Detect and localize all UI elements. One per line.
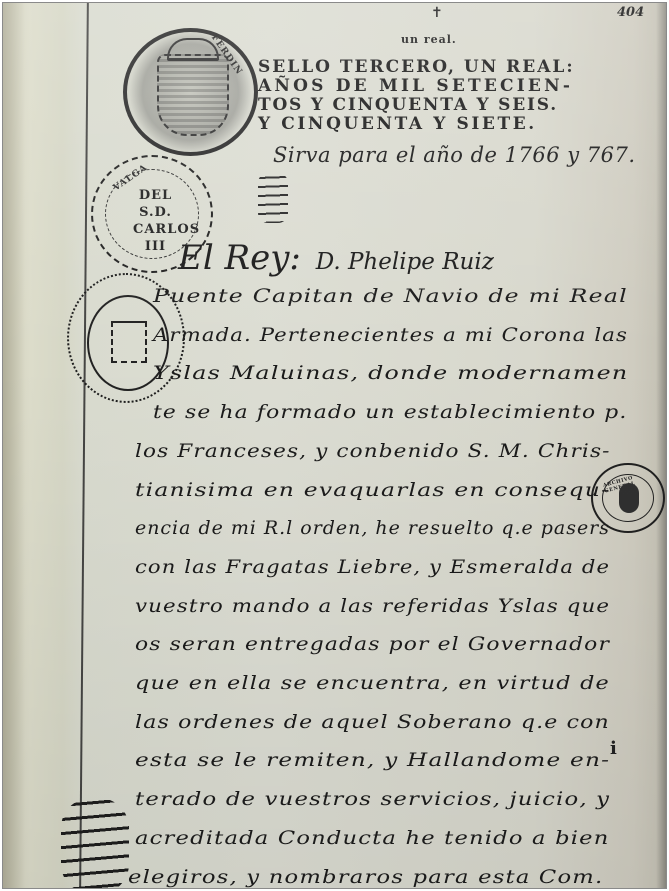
printed-header-line: años de mil setecien- [258,77,648,96]
body-line: te se ha formado un establecimiento p. [153,401,627,423]
body-line: Puente Capitan de Navio de mi Real [153,285,628,307]
body-line: esta se le remiten, y Hallandome en- [135,749,610,771]
book-spine-shadow [3,3,25,888]
body-line: os seran entregadas por el Governador [135,633,610,655]
heading-title: El Rey: [178,238,301,278]
body-line: con las Fragatas Liebre, y Esmeralda de [135,556,610,578]
rubric-flourish-icon [258,173,288,223]
printed-header-line: y cinquenta y siete. [258,115,648,134]
margin-mark: i [610,738,617,759]
body-line: acreditada Conducta he tenido a bien [135,827,609,849]
printed-stamp-header: Sello tercero, un real: años de mil sete… [258,58,648,134]
body-line: los Franceses, y conbenido S. M. Chris- [135,440,611,462]
printed-header-line: Sello tercero, un real: [258,58,648,77]
body-line: Yslas Maluinas, donde modernamen [153,362,628,384]
signature-flourish-icon [61,798,129,889]
shield-icon [111,321,147,363]
margin-line [79,3,88,888]
stamp-value-label: un real. [401,33,457,46]
archive-seal-legend: ARCHIVO GENERAL [602,467,663,494]
folio-number: 404 [617,5,644,20]
printed-header-line: tos y cinquenta y seis. [258,96,648,115]
body-line: las ordenes de aquel Soberano q.e con [135,711,610,733]
decree-heading: El Rey: D. Phelipe Ruiz [178,238,494,278]
royal-seal-stamp: FERDIN [123,28,258,156]
national-emblem-icon [619,483,639,513]
body-line: terado de vuestros servicios, juicio, y [135,788,610,810]
heading-addressee: D. Phelipe Ruiz [316,249,494,275]
document-photo: ✝ 404 un real. FERDIN Sello tercero, un … [2,2,667,889]
body-line: tianisima en evaquarlas en consequ- [135,479,610,501]
body-line: que en ella se encuentra, en virtud de [135,672,610,694]
page-edge-shadow [656,3,666,888]
body-line: elegiros, y nombraros para esta Com. [128,866,603,888]
validity-line: Sirva para el año de 1766 y 767. [273,143,636,167]
body-line: encia de mi R.l orden, he resuelto q.e p… [135,517,610,539]
cross-mark-icon: ✝ [431,5,443,21]
coat-of-arms-icon [157,54,229,136]
body-line: vuestro mando a las referidas Yslas que [135,595,610,617]
body-line: Armada. Pertenecientes a mi Corona las [153,324,628,346]
seal-legend: VALGA [112,163,150,194]
seal-center-text: DEL S.D. CARLOS III [133,187,178,255]
